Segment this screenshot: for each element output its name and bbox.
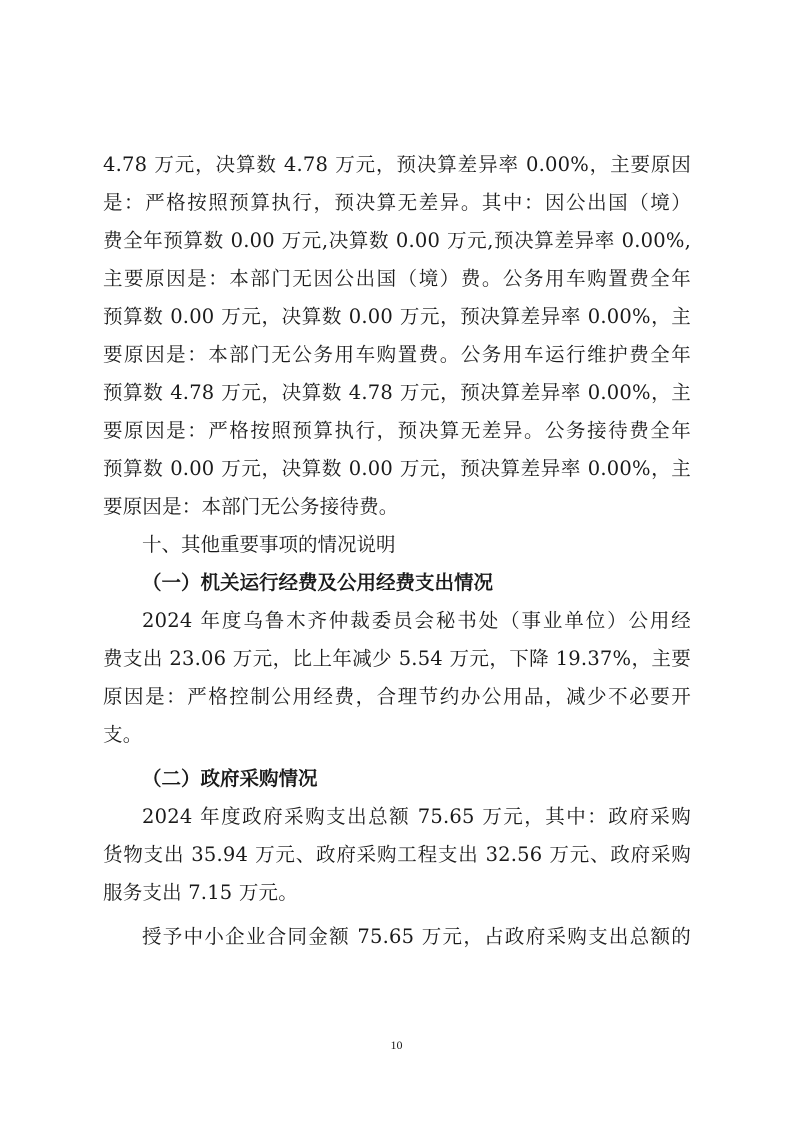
paragraph-public-expense-details: 4.78 万元，决算数 4.78 万元，预决算差异率 0.00%，主要原因 是：…	[103, 146, 691, 526]
section-heading-other-matters: 十、其他重要事项的情况说明	[103, 526, 691, 564]
paragraph-operating-expenses: 2024 年度乌鲁木齐仲裁委员会秘书处（事业单位）公用经 费支出 23.06 万…	[103, 602, 691, 754]
text-line: 要原因是：本部门无公务用车购置费。公务用车运行维护费全年	[103, 336, 691, 374]
text-line: 2024 年度政府采购支出总额 75.65 万元，其中：政府采购	[103, 798, 691, 836]
text-line: 原因是：严格控制公用经费，合理节约办公用品，减少不必要开	[103, 678, 691, 716]
paragraph-sme-contracts: 授予中小企业合同金额 75.65 万元，占政府采购支出总额的	[103, 918, 691, 956]
text-line: 是：严格按照预算执行，预决算无差异。其中：因公出国（境）	[103, 184, 691, 222]
text-line: 费支出 23.06 万元，比上年减少 5.54 万元，下降 19.37%，主要	[103, 640, 691, 678]
text-line: 服务支出 7.15 万元。	[103, 874, 691, 912]
text-line: 要原因是：严格按照预算执行，预决算无差异。公务接待费全年	[103, 412, 691, 450]
text-line: 费全年预算数 0.00 万元,决算数 0.00 万元,预决算差异率 0.00%,	[103, 222, 691, 260]
text-line: 要原因是：本部门无公务接待费。	[103, 488, 691, 526]
subsection-heading-government-procurement: （二）政府采购情况	[103, 760, 691, 798]
text-line: 2024 年度乌鲁木齐仲裁委员会秘书处（事业单位）公用经	[103, 602, 691, 640]
text-line: 预算数 4.78 万元，决算数 4.78 万元，预决算差异率 0.00%，主	[103, 374, 691, 412]
text-line: 主要原因是：本部门无因公出国（境）费。公务用车购置费全年	[103, 260, 691, 298]
text-line: 货物支出 35.94 万元、政府采购工程支出 32.56 万元、政府采购	[103, 836, 691, 874]
text-line: 预算数 0.00 万元，决算数 0.00 万元，预决算差异率 0.00%，主	[103, 450, 691, 488]
text-line: 支。	[103, 716, 691, 754]
text-line: 预算数 0.00 万元，决算数 0.00 万元，预决算差异率 0.00%，主	[103, 298, 691, 336]
subsection-heading-operating-expenses: （一）机关运行经费及公用经费支出情况	[103, 564, 691, 602]
document-page: 4.78 万元，决算数 4.78 万元，预决算差异率 0.00%，主要原因 是：…	[0, 0, 793, 1122]
text-line: 4.78 万元，决算数 4.78 万元，预决算差异率 0.00%，主要原因	[103, 146, 691, 184]
page-body: 4.78 万元，决算数 4.78 万元，预决算差异率 0.00%，主要原因 是：…	[103, 146, 691, 956]
paragraph-procurement-total: 2024 年度政府采购支出总额 75.65 万元，其中：政府采购 货物支出 35…	[103, 798, 691, 912]
text-line: 授予中小企业合同金额 75.65 万元，占政府采购支出总额的	[103, 918, 691, 956]
page-number: 10	[0, 1038, 793, 1053]
